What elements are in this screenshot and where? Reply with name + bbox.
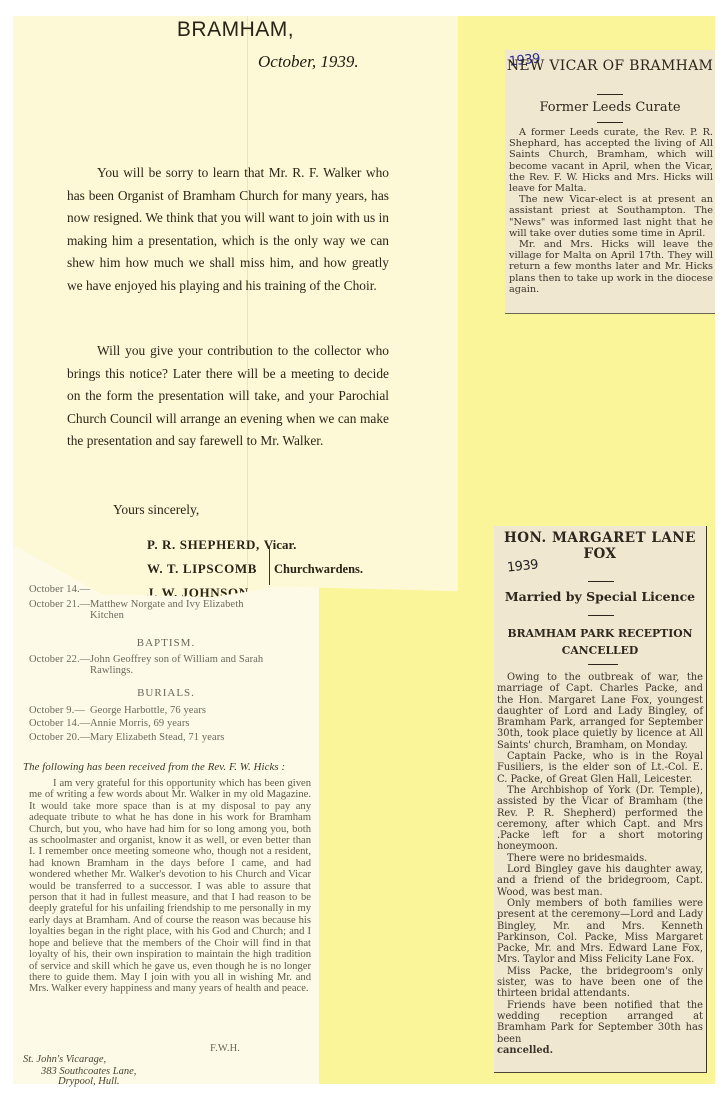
letter-paragraph-1-text: You will be sorry to learn that Mr. R. F… [67, 165, 389, 293]
burial-entry-date: October 14.— [29, 718, 90, 729]
divider [597, 94, 623, 95]
letter-paragraph-2: Will you give your contribution to the c… [67, 340, 389, 453]
burial-entry-name: George Harbottle, 76 years [90, 705, 206, 716]
burial-entry-name: Mary Elizabeth Stead, 71 years [90, 732, 225, 743]
churchwardens-label: Churchwardens. [274, 562, 363, 577]
clipping-body: Owing to the outbreak of war, the marria… [497, 672, 703, 1056]
divider [597, 122, 623, 123]
handwritten-year: 1939 [506, 557, 538, 575]
clipping-paragraph: Miss Packe, the bridegroom's only sister… [497, 966, 703, 1000]
parish-magazine-page: have r October 14.— October 21.— Matthew… [13, 529, 319, 1084]
letter-paragraph-2-text: Will you give your contribution to the c… [67, 343, 389, 448]
hicks-signoff: F.W.H. [210, 1043, 240, 1054]
marriage-entry-names-cont: Kitchen [90, 610, 124, 621]
clipping-paragraph: Friends have been notified that the wedd… [497, 1000, 703, 1045]
divider [588, 664, 618, 665]
address-line: Drypool, Hull. [58, 1076, 120, 1087]
baptism-entry-names-cont: Rawlings. [90, 665, 133, 676]
clipping-body: A former Leeds curate, the Rev. P. R. Sh… [509, 127, 713, 295]
baptism-entry-date: October 22.— [29, 654, 90, 665]
newspaper-clipping-new-vicar: 1939 NEW VICAR OF BRAMHAM Former Leeds C… [505, 50, 715, 313]
clipping-paragraph: Owing to the outbreak of war, the marria… [497, 672, 703, 751]
baptism-heading: BAPTISM. [13, 637, 319, 649]
burials-heading: BURIALS. [13, 687, 319, 699]
marriage-entry-date: October 21.— [29, 599, 90, 610]
letter-closing: Yours sincerely, [113, 502, 199, 518]
burial-entry-date: October 9.— [29, 705, 85, 716]
clipping-subheadline: Married by Special Licence [494, 589, 706, 604]
clipping-subheadline-2: BRAMHAM PARK RECEPTION CANCELLED [494, 625, 706, 659]
letter-paragraph-1: You will be sorry to learn that Mr. R. F… [67, 162, 389, 297]
paper-fold-line [247, 16, 248, 597]
hicks-letter: I am very grateful for this opportunity … [29, 778, 311, 995]
letter-title: BRAMHAM, [13, 18, 458, 42]
organist-letter: BRAMHAM, October, 1939. You will be sorr… [13, 16, 458, 597]
clipping-paragraph: Lord Bingley gave his daughter away, and… [497, 864, 703, 898]
divider [588, 581, 614, 582]
clipping-headline: HON. MARGARET LANE FOX [494, 530, 706, 562]
clipping-paragraph: Mr. and Mrs. Hicks will leave the villag… [509, 239, 713, 295]
hicks-intro: The following has been received from the… [23, 761, 285, 773]
newspaper-clipping-wedding: HON. MARGARET LANE FOX 1939 Married by S… [494, 526, 707, 1072]
address-line: St. John's Vicarage, [23, 1054, 106, 1065]
clipping-final-word: cancelled. [497, 1045, 703, 1056]
marriage-entry-names: Matthew Norgate and Ivy Elizabeth [90, 599, 244, 610]
baptism-entry-names: John Geoffrey son of William and Sarah [90, 654, 263, 665]
burial-entry-date: October 20.— [29, 732, 90, 743]
divider [588, 615, 614, 616]
clipping-paragraph: There were no bridesmaids. [497, 853, 703, 864]
clipping-subheadline: Former Leeds Curate [505, 100, 715, 115]
burial-entry-name: Annie Morris, 69 years [90, 718, 190, 729]
marriage-entry-date: October 14.— [29, 584, 90, 595]
signatory-churchwarden: W. T. LIPSCOMB [147, 561, 257, 577]
clipping-paragraph: Only members of both families were prese… [497, 898, 703, 966]
letter-date: October, 1939. [258, 52, 359, 72]
clipping-paragraph: Captain Packe, who is in the Royal Fusil… [497, 751, 703, 785]
clipping-paragraph: The Archbishop of York (Dr. Temple), ass… [497, 785, 703, 853]
clipping-headline: NEW VICAR OF BRAMHAM [505, 58, 715, 74]
hicks-letter-text: I am very grateful for this opportunity … [29, 778, 311, 994]
clipping-paragraph: A former Leeds curate, the Rev. P. R. Sh… [509, 127, 713, 194]
signatory-name: W. T. LIPSCOMB [147, 561, 257, 576]
signatory-name: P. R. SHEPHERD, [147, 537, 260, 552]
clipping-paragraph: The new Vicar-elect is at present an ass… [509, 194, 713, 239]
